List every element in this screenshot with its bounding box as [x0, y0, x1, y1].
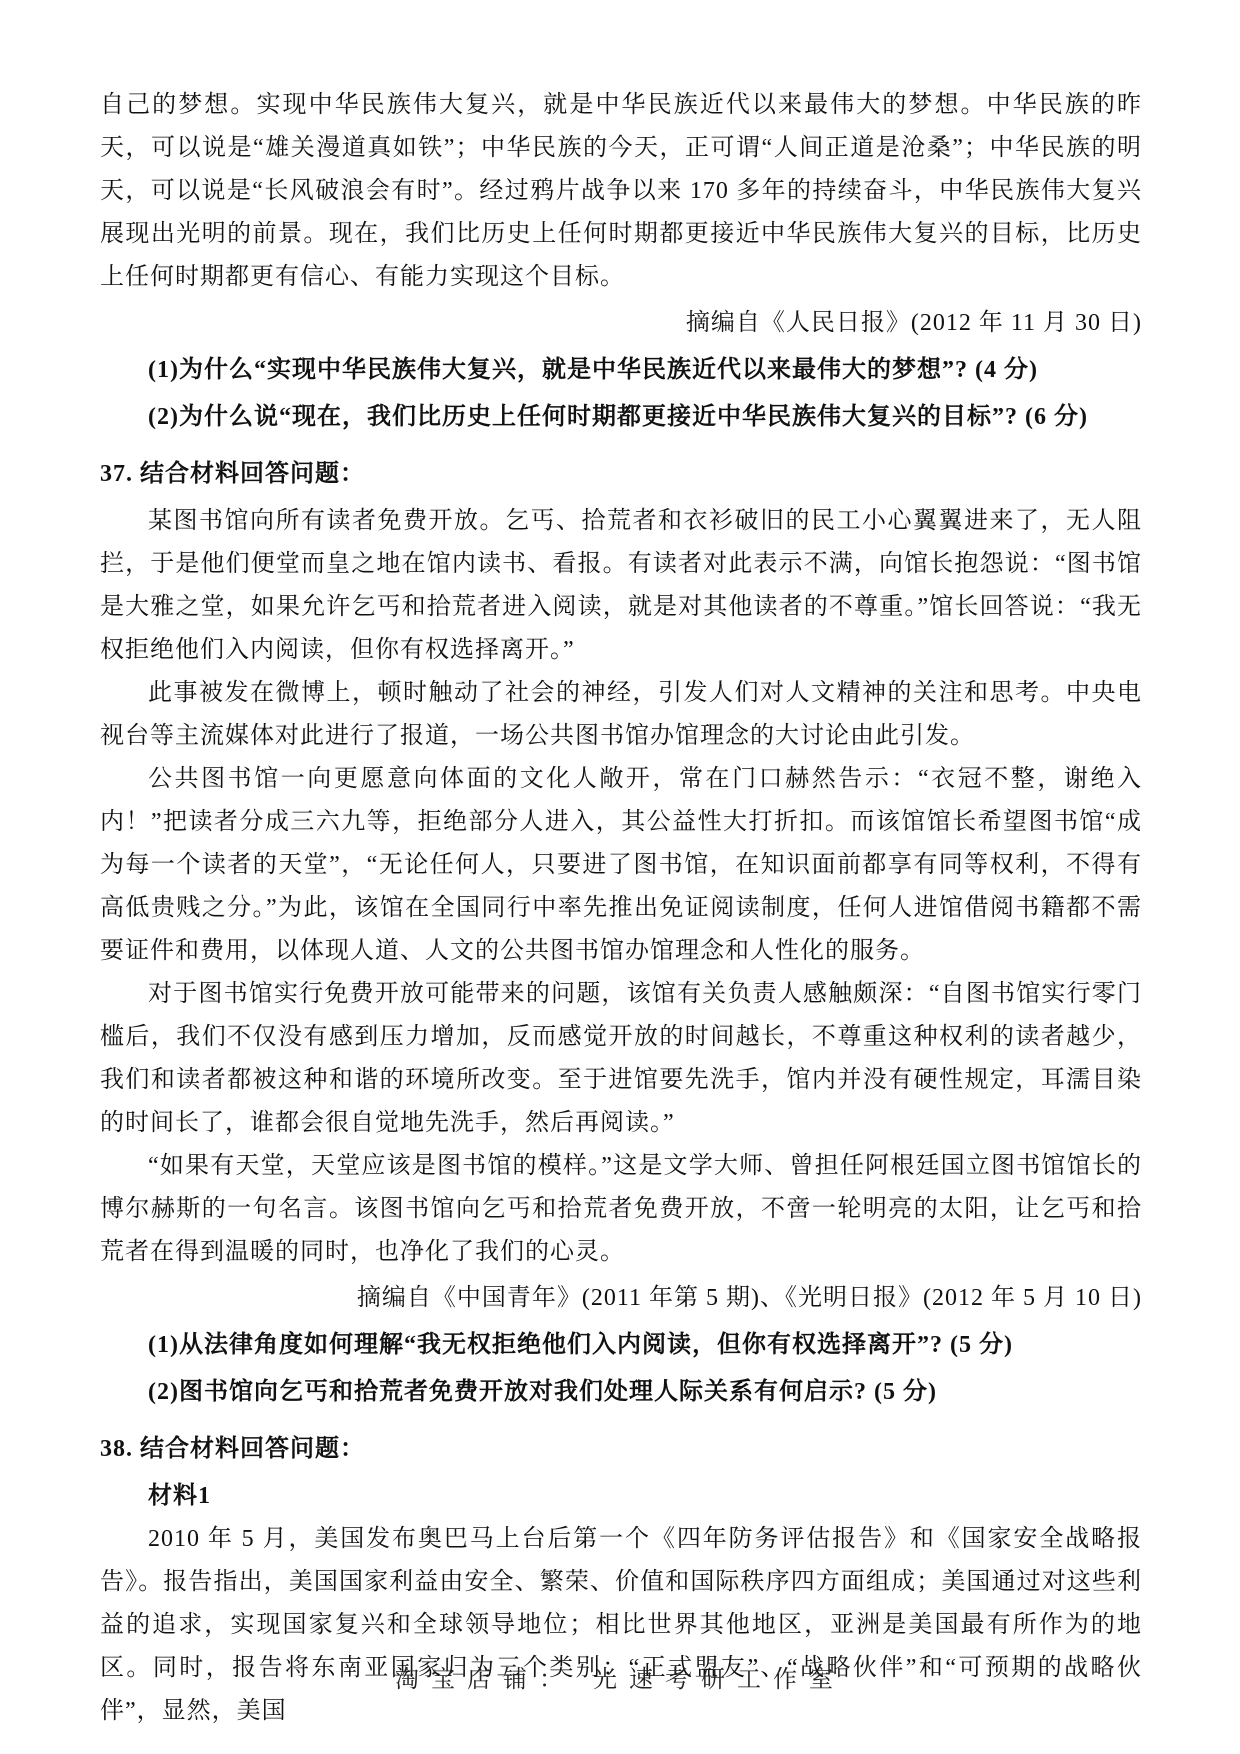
question-37-subquestion-1: (1)从法律角度如何理解“我无权拒绝他们入内阅读，但你有权选择离开”? (5 分… [100, 1324, 1142, 1367]
question-37-subquestion-2: (2)图书馆向乞丐和拾荒者免费开放对我们处理人际关系有何启示? (5 分) [100, 1371, 1142, 1414]
question-38-heading: 38. 结合材料回答问题： [100, 1428, 1142, 1471]
question-36-section: 自己的梦想。实现中华民族伟大复兴，就是中华民族近代以来最伟大的梦想。中华民族的昨… [100, 84, 1142, 439]
question-37-heading: 37. 结合材料回答问题： [100, 453, 1142, 496]
question-37-material-paragraph-1: 某图书馆向所有读者免费开放。乞丐、拾荒者和衣衫破旧的民工小心翼翼进来了，无人阻拦… [100, 500, 1142, 672]
question-37-material-paragraph-5: “如果有天堂，天堂应该是图书馆的模样。”这是文学大师、曾担任阿根廷国立图书馆馆长… [100, 1145, 1142, 1274]
footer-shop-info: 淘宝店铺： 光速考研工作室 [0, 1659, 1240, 1702]
question-36-material-paragraph: 自己的梦想。实现中华民族伟大复兴，就是中华民族近代以来最伟大的梦想。中华民族的昨… [100, 84, 1142, 299]
exam-page: 自己的梦想。实现中华民族伟大复兴，就是中华民族近代以来最伟大的梦想。中华民族的昨… [0, 0, 1240, 1754]
question-37-source-attribution: 摘编自《中国青年》(2011 年第 5 期)、《光明日报》(2012 年 5 月… [100, 1277, 1142, 1320]
question-37-material-paragraph-2: 此事被发在微博上，顿时触动了社会的神经，引发人们对人文精神的关注和思考。中央电视… [100, 672, 1142, 758]
question-36-subquestion-2: (2)为什么说“现在，我们比历史上任何时期都更接近中华民族伟大复兴的目标”? (… [100, 396, 1142, 439]
question-36-subquestion-1: (1)为什么“实现中华民族伟大复兴，就是中华民族近代以来最伟大的梦想”? (4 … [100, 349, 1142, 392]
question-36-source-attribution: 摘编自《人民日报》(2012 年 11 月 30 日) [100, 302, 1142, 345]
question-37-section: 37. 结合材料回答问题： 某图书馆向所有读者免费开放。乞丐、拾荒者和衣衫破旧的… [100, 453, 1142, 1414]
question-37-material-paragraph-3: 公共图书馆一向更愿意向体面的文化人敞开，常在门口赫然告示：“衣冠不整，谢绝入内！… [100, 758, 1142, 973]
question-38-material-label: 材料1 [100, 1475, 1142, 1518]
question-37-material-paragraph-4: 对于图书馆实行免费开放可能带来的问题，该馆有关负责人感触颇深：“自图书馆实行零门… [100, 973, 1142, 1145]
